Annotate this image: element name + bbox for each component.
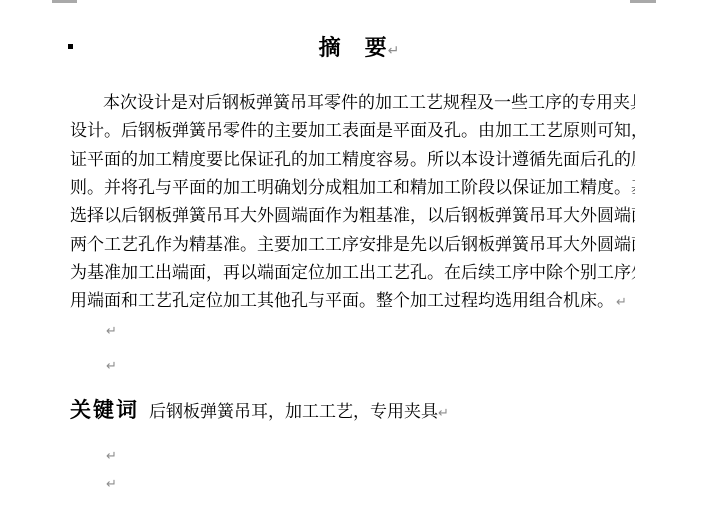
page-title: 摘 要↵ — [0, 31, 718, 62]
abstract-line: 为基准加工出端面，再以端面定位加工出工艺孔。在后续工序中除个别工序外均 — [70, 259, 635, 287]
paragraph-mark-icon: ↵ — [106, 477, 117, 492]
abstract-line: 证平面的加工精度要比保证孔的加工精度容易。所以本设计遵循先面后孔的原 — [70, 146, 635, 174]
paragraph-mark-icon: ↵ — [438, 406, 449, 421]
paragraph-mark-icon: ↵ — [616, 295, 627, 310]
paragraph-mark-icon: ↵ — [388, 43, 400, 59]
abstract-line: 本次设计是对后钢板弹簧吊耳零件的加工工艺规程及一些工序的专用夹具 — [70, 89, 635, 117]
paragraph-mark-icon: ↵ — [106, 324, 117, 339]
keywords-line: 关键词后钢板弹簧吊耳，加工工艺，专用夹具↵ — [70, 394, 670, 424]
paragraph-mark-icon: ↵ — [106, 449, 117, 464]
keywords-label: 关键词 — [70, 398, 139, 422]
abstract-line: 两个工艺孔作为精基准。主要加工工序安排是先以后钢板弹簧吊耳大外圆端面互 — [70, 231, 635, 259]
abstract-line: 则。并将孔与平面的加工明确划分成粗加工和精加工阶段以保证加工精度。基准 — [70, 174, 635, 202]
abstract-paragraph: 本次设计是对后钢板弹簧吊耳零件的加工工艺规程及一些工序的专用夹具 设计。后钢板弹… — [70, 89, 635, 316]
abstract-line-text: 用端面和工艺孔定位加工其他孔与平面。整个加工过程均选用组合机床。 — [70, 291, 614, 310]
paragraph-mark-icon: ↵ — [106, 359, 117, 374]
page-edge-marker-right — [630, 0, 656, 3]
keywords-text: 后钢板弹簧吊耳，加工工艺，专用夹具 — [149, 402, 438, 421]
abstract-line: 设计。后钢板弹簧吊零件的主要加工表面是平面及孔。由加工工艺原则可知，保 — [70, 117, 635, 145]
page-title-text: 摘 要 — [319, 35, 388, 60]
abstract-line: 选择以后钢板弹簧吊耳大外圆端面作为粗基准，以后钢板弹簧吊耳大外圆端面与 — [70, 202, 635, 230]
document-page: 摘 要↵ 本次设计是对后钢板弹簧吊耳零件的加工工艺规程及一些工序的专用夹具 设计… — [0, 0, 718, 527]
abstract-line: 用端面和工艺孔定位加工其他孔与平面。整个加工过程均选用组合机床。↵ — [70, 287, 635, 315]
page-edge-marker-left — [52, 0, 77, 3]
